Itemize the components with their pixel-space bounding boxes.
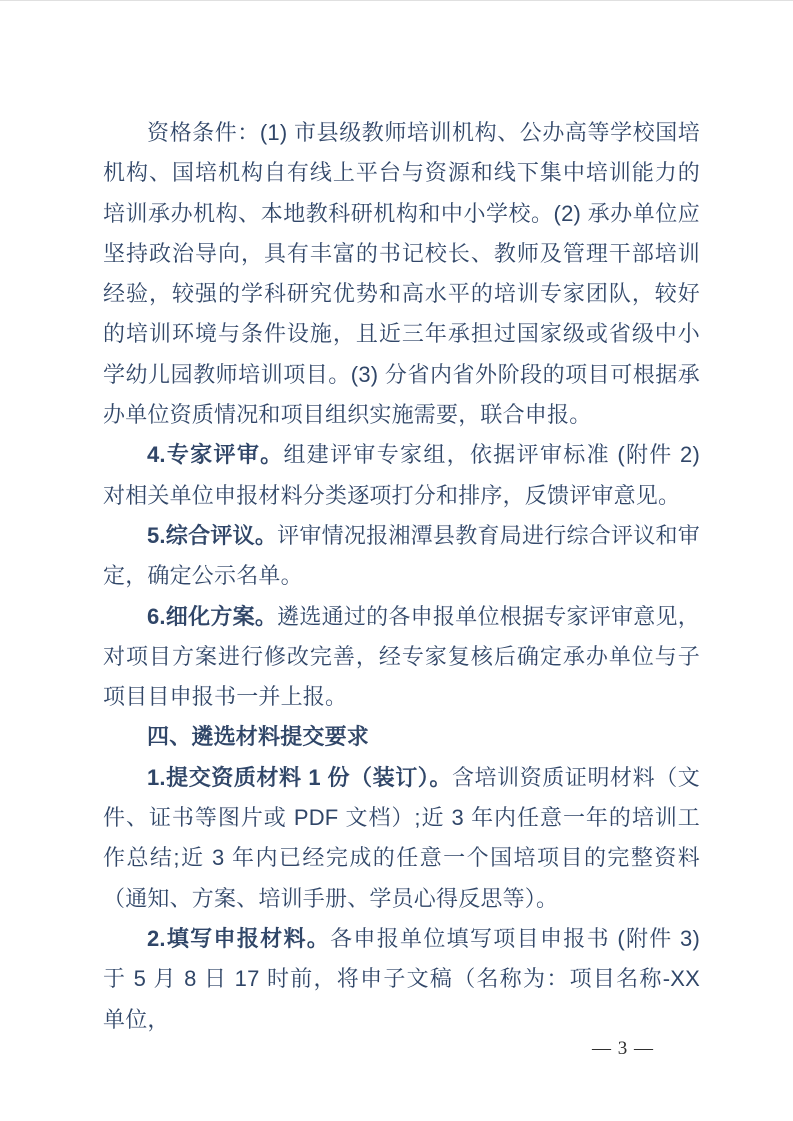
paragraph-lead-bold: 4.专家评审。 (147, 442, 283, 467)
paragraph-expert-review: 4.专家评审。组建评审专家组，依据评审标准 (附件 2) 对相关单位申报材料分类… (103, 435, 700, 516)
document-page: 资格条件：(1) 市县级教师培训机构、公办高等学校国培机构、国培机构自有线上平台… (0, 0, 793, 1121)
paragraph-submit-qualification-materials: 1.提交资质材料 1 份（装订）。含培训资质证明材料（文件、证书等图片或 PDF… (103, 758, 700, 919)
paragraph-lead-bold: 5.综合评议。 (147, 523, 277, 548)
document-body: 资格条件：(1) 市县级教师培训机构、公办高等学校国培机构、国培机构自有线上平台… (103, 113, 700, 1040)
paragraph-qualification-conditions: 资格条件：(1) 市县级教师培训机构、公办高等学校国培机构、国培机构自有线上平台… (103, 113, 700, 435)
paragraph-comprehensive-evaluation: 5.综合评议。评审情况报湘潭县教育局进行综合评议和审定，确定公示名单。 (103, 516, 700, 597)
paragraph-fill-application-materials: 2.填写申报材料。各申报单位填写项目申报书 (附件 3) 于 5 月 8 日 1… (103, 919, 700, 1040)
section-heading-text: 四、遴选材料提交要求 (147, 724, 369, 749)
paragraph-refine-plan: 6.细化方案。遴选通过的各申报单位根据专家评审意见，对项目方案进行修改完善，经专… (103, 597, 700, 718)
section-heading-material-submission-requirements: 四、遴选材料提交要求 (103, 717, 700, 757)
paragraph-lead-bold: 1.提交资质材料 1 份（装订）。 (147, 765, 452, 790)
page-number: — 3 — (553, 1038, 693, 1060)
paragraph-lead-bold: 2.填写申报材料。 (147, 926, 330, 951)
paragraph-lead-bold: 6.细化方案。 (147, 604, 277, 629)
paragraph-text: 资格条件：(1) 市县级教师培训机构、公办高等学校国培机构、国培机构自有线上平台… (103, 120, 700, 427)
